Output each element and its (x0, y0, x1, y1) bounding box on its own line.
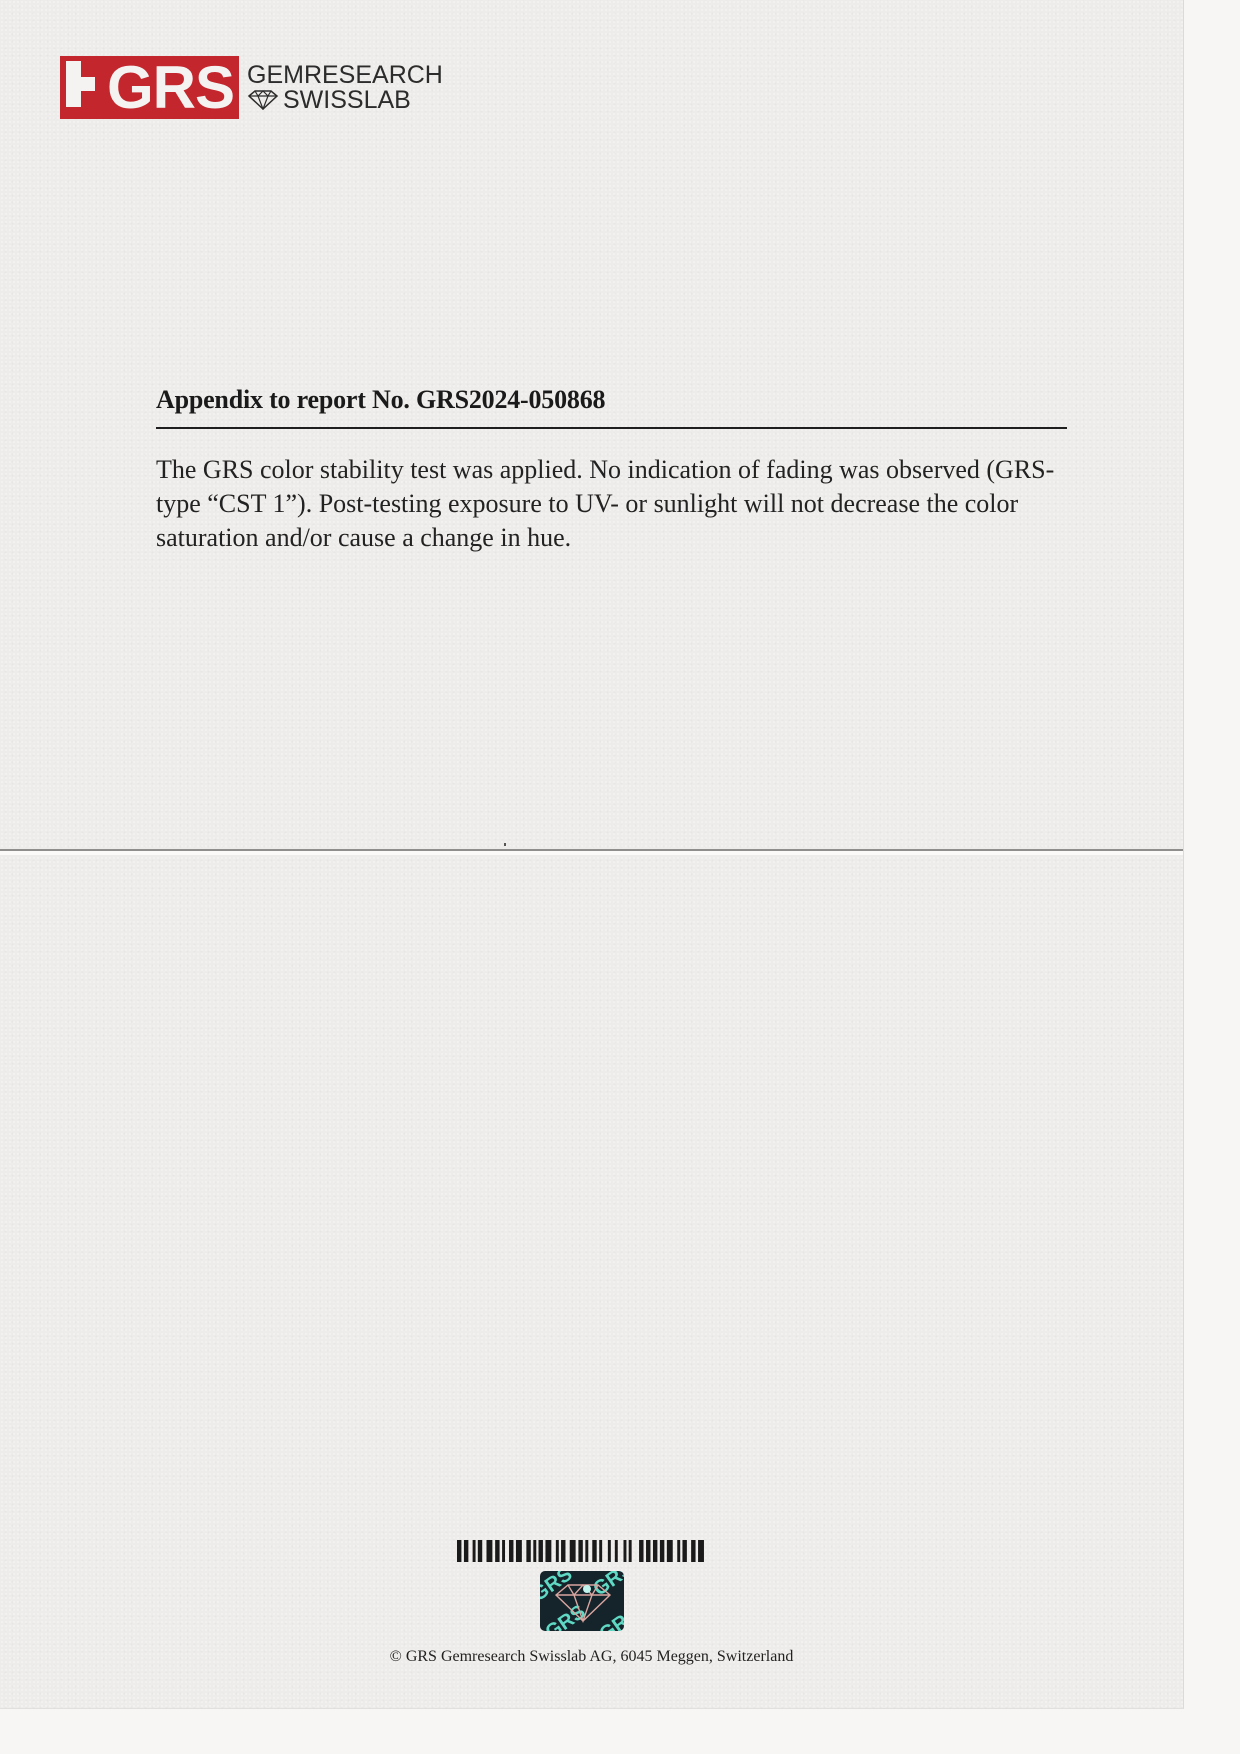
copyright-note: © GRS Gemresearch Swisslab AG, 6045 Megg… (0, 1648, 1183, 1666)
logo-abbr: GRS (107, 56, 234, 119)
appendix-heading: Appendix to report No. GRS2024-050868 (156, 385, 605, 415)
paper-speck (504, 843, 506, 846)
appendix-body: The GRS color stability test was applied… (156, 453, 1086, 555)
diamond-icon (247, 90, 279, 110)
svg-text:GRS: GRS (541, 1601, 589, 1631)
heading-divider (156, 427, 1067, 429)
svg-text:GRS: GRS (589, 1571, 624, 1600)
appendix-body-text: The GRS color stability test was applied… (156, 453, 1086, 555)
grs-logo-badge: GRS (60, 56, 239, 119)
hologram-seal-icon: GRS GRS GRS GRS (540, 1571, 624, 1631)
grs-logo: GRS GEMRESEARCH SWISSLAB (60, 56, 443, 119)
paper-fold-highlight (0, 851, 1183, 855)
logo-wordmark: GEMRESEARCH SWISSLAB (247, 63, 443, 113)
svg-text:GRS: GRS (595, 1603, 624, 1631)
svg-text:GRS: GRS (540, 1571, 576, 1606)
logo-line1: GEMRESEARCH (247, 63, 443, 88)
barcode-icon (457, 1540, 705, 1562)
logo-line2: SWISSLAB (283, 88, 411, 113)
